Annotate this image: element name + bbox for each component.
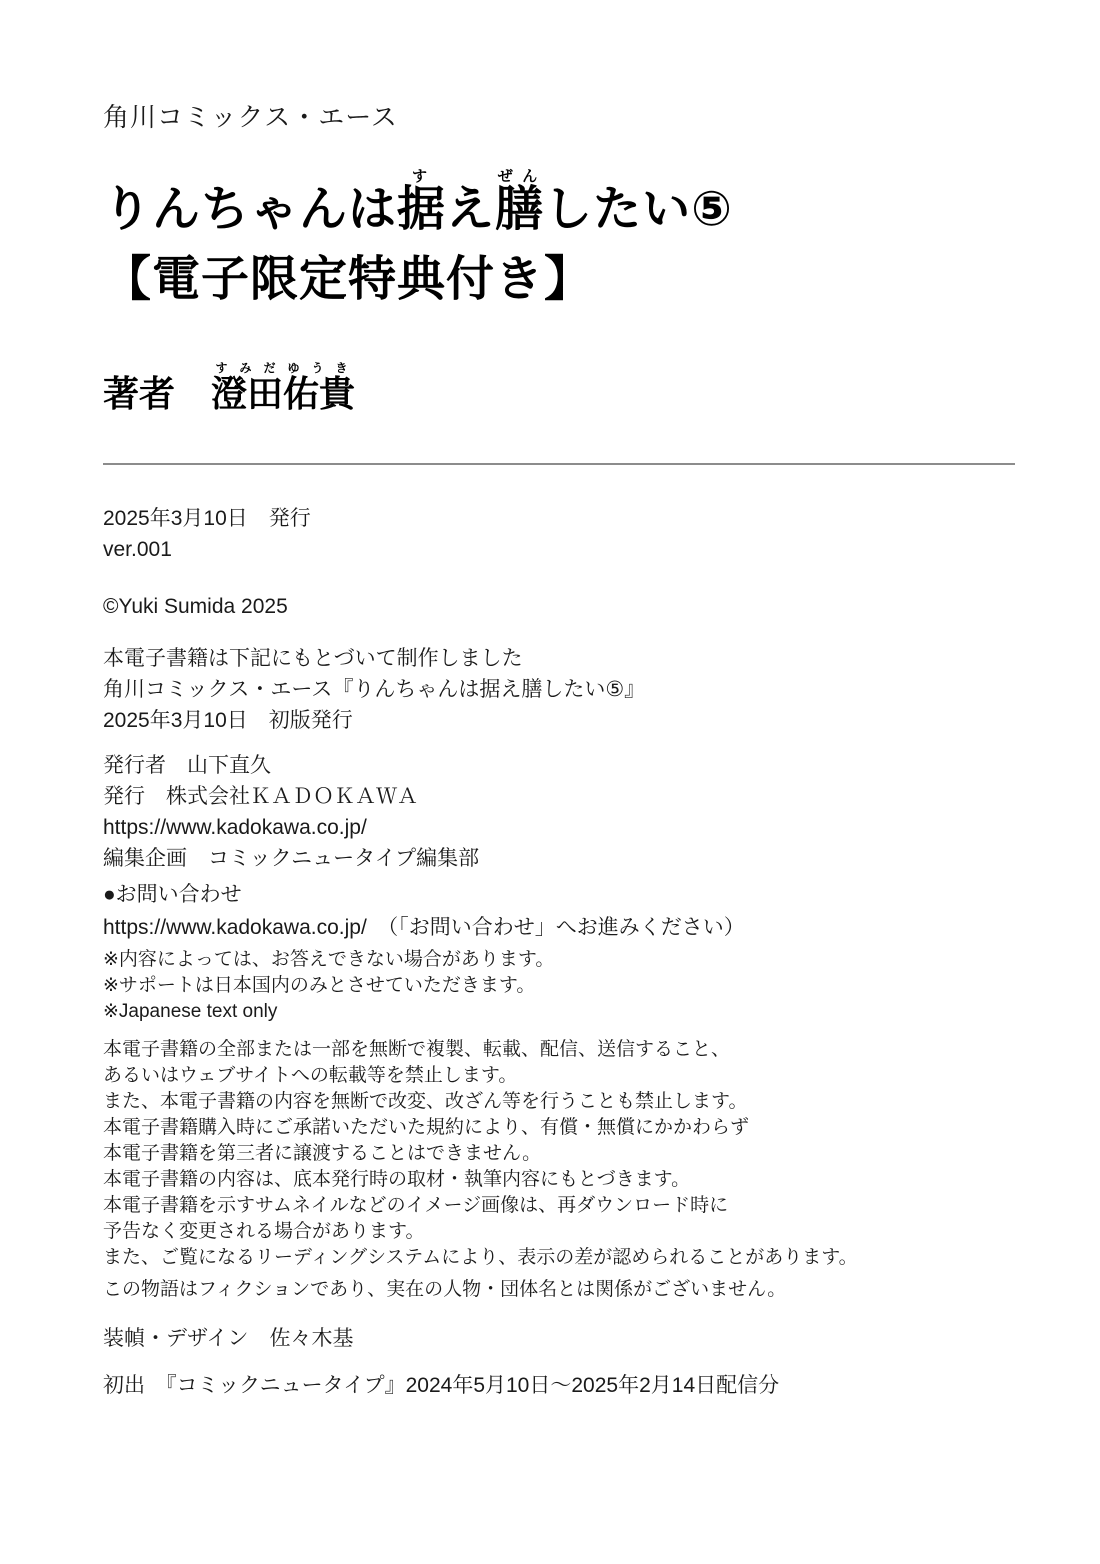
- source-note-title: 角川コミックス・エース『りんちゃんは据え膳したい⑤』: [103, 674, 1100, 705]
- legal-line: 本電子書籍の内容は、底本発行時の取材・執筆内容にもとづきます。: [103, 1167, 1100, 1193]
- editorial-line: 編集企画 コミックニュータイプ編集部: [103, 843, 1100, 874]
- edition-block: 2025年3月10日 発行 ver.001: [103, 503, 1100, 565]
- publisher-company-line: 発行 株式会社ＫＡＤＯＫＡＷＡ: [103, 781, 1100, 812]
- source-note-date: 2025年3月10日 初版発行: [103, 705, 1100, 736]
- version-line: ver.001: [103, 534, 1100, 565]
- first-publication: 初出 『コミックニュータイプ』2024年5月10日～2025年2月14日配信分: [103, 1370, 1100, 1401]
- publisher-block: 発行者 山下直久 発行 株式会社ＫＡＤＯＫＡＷＡ https://www.kad…: [103, 750, 1100, 874]
- publisher-person-line: 発行者 山下直久: [103, 750, 1100, 781]
- source-note-line: 本電子書籍は下記にもとづいて制作しました: [103, 643, 1100, 674]
- divider-rule: [103, 463, 1015, 465]
- book-title: りんちゃんは据すえ膳ぜんしたい⑤ 【電子限定特典付き】: [103, 168, 1100, 315]
- contact-url-line: https://www.kadokawa.co.jp/ （「お問い合わせ」へお進…: [103, 911, 1100, 944]
- contact-notes: ※内容によっては、お答えできない場合があります。 ※サポートは日本国内のみとさせ…: [103, 947, 1100, 1025]
- contact-block: ●お問い合わせ https://www.kadokawa.co.jp/ （「お問…: [103, 878, 1100, 1025]
- legal-line: 本電子書籍を示すサムネイルなどのイメージ画像は、再ダウンロード時に: [103, 1193, 1100, 1219]
- book-title-line1: りんちゃんは据すえ膳ぜんしたい⑤: [103, 168, 1100, 245]
- source-note-block: 本電子書籍は下記にもとづいて制作しました 角川コミックス・エース『りんちゃんは据…: [103, 643, 1100, 736]
- fiction-disclaimer: この物語はフィクションであり、実在の人物・団体名とは関係がございません。: [103, 1277, 1100, 1303]
- legal-line: あるいはウェブサイトへの転載等を禁止します。: [103, 1063, 1100, 1089]
- legal-line: 予告なく変更される場合があります。: [103, 1219, 1100, 1245]
- contact-note: ※内容によっては、お答えできない場合があります。: [103, 947, 1100, 973]
- legal-line: 本電子書籍の全部または一部を無断で複製、転載、配信、送信すること、: [103, 1037, 1100, 1063]
- book-title-line2: 【電子限定特典付き】: [103, 245, 1100, 315]
- imprint-label: 角川コミックス・エース: [103, 102, 1100, 132]
- author-line: 著者澄田すみだ佑貴ゆうき: [103, 361, 1100, 421]
- contact-heading: ●お問い合わせ: [103, 878, 1100, 911]
- author-label: 著者: [103, 373, 175, 414]
- publisher-url: https://www.kadokawa.co.jp/: [103, 812, 1100, 843]
- colophon-page: 角川コミックス・エース りんちゃんは据すえ膳ぜんしたい⑤ 【電子限定特典付き】 …: [0, 0, 1100, 1564]
- copyright-line: ©Yuki Sumida 2025: [103, 591, 1100, 622]
- legal-block: 本電子書籍の全部または一部を無断で複製、転載、配信、送信すること、 あるいはウェ…: [103, 1037, 1100, 1271]
- contact-note: ※サポートは日本国内のみとさせていただきます。: [103, 973, 1100, 999]
- legal-line: また、ご覧になるリーディングシステムにより、表示の差が認められることがあります。: [103, 1245, 1100, 1271]
- author-name: 澄田すみだ佑貴ゆうき: [211, 373, 355, 414]
- contact-note: ※Japanese text only: [103, 999, 1100, 1025]
- issue-date-line: 2025年3月10日 発行: [103, 503, 1100, 534]
- legal-line: 本電子書籍を第三者に譲渡することはできません。: [103, 1141, 1100, 1167]
- legal-line: 本電子書籍購入時にご承諾いただいた規約により、有償・無償にかかわらず: [103, 1115, 1100, 1141]
- design-credit: 装幀・デザイン 佐々木基: [103, 1323, 1100, 1354]
- legal-line: また、本電子書籍の内容を無断で改変、改ざん等を行うことも禁止します。: [103, 1089, 1100, 1115]
